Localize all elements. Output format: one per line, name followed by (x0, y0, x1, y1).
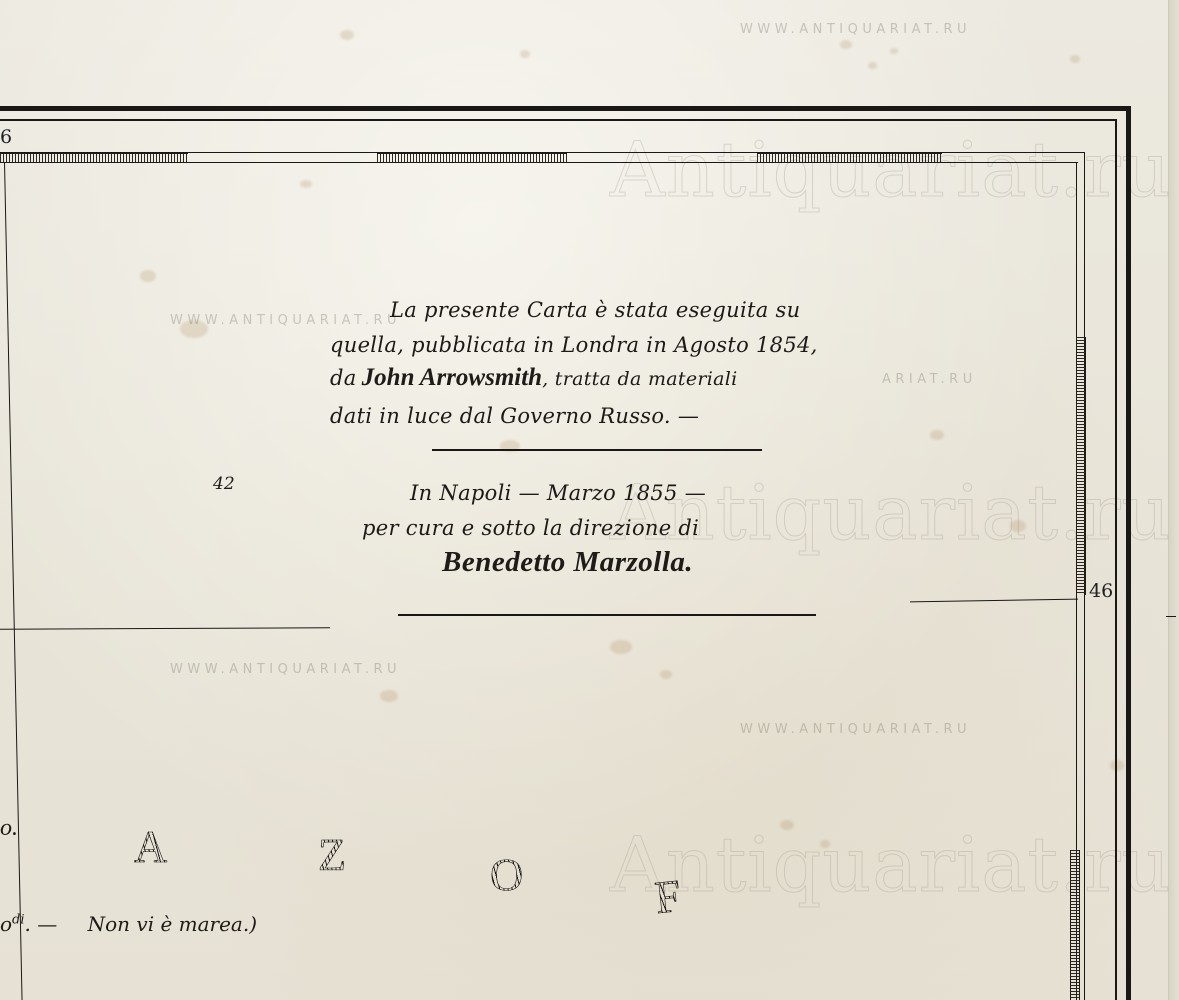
tide-note-dash: . — (25, 912, 58, 936)
title-line-3: da John Arrowsmith, tratta da materiali (330, 364, 738, 392)
sea-letter: A (134, 820, 167, 873)
title-divider (432, 449, 762, 451)
direction-line: per cura e sotto la direzione di (362, 516, 699, 540)
title-line-2: quella, pubblicata in Londra in Agosto 1… (330, 333, 818, 357)
title-line-3-prefix: da (330, 366, 357, 390)
tide-note: odi. — Non vi è marea.) (0, 912, 257, 936)
title-line-3-suffix: , tratta da materiali (542, 368, 737, 390)
frame-outer-right (1126, 108, 1131, 1000)
tide-note-superscript: di (12, 912, 24, 927)
watermark-text: ARIAT.RU (882, 372, 977, 387)
sea-letter: O (490, 848, 523, 901)
watermark-logo: Antiquariat.ru (610, 820, 1172, 909)
author-name: Benedetto Marzolla. (442, 546, 693, 579)
title-line-4: dati in luce dal Governo Russo. — (330, 404, 699, 428)
frame-outer-top (0, 106, 1131, 111)
degree-label-42: 42 (213, 474, 235, 494)
place-date: In Napoli — Marzo 1855 — (410, 481, 706, 505)
watermark-text: WWW.ANTIQUARIAT.RU (170, 313, 401, 328)
watermark-logo: Antiquariat.ru (610, 125, 1172, 214)
tide-note-prefix: o (0, 912, 12, 936)
partial-label: o. (0, 815, 18, 842)
edge-tick (1166, 616, 1176, 617)
frame-inner-right (1115, 120, 1117, 1000)
latitude-scale-segment (0, 153, 188, 163)
longitude-scale-segment (1070, 850, 1080, 1000)
title-bottom-rule (398, 614, 816, 616)
watermark-text: WWW.ANTIQUARIAT.RU (170, 662, 401, 677)
latitude-scale-segment (757, 153, 942, 163)
longitude-scale-segment (1076, 337, 1086, 595)
frame-inner-top (0, 119, 1117, 121)
watermark-text: WWW.ANTIQUARIAT.RU (740, 22, 971, 37)
watermark-text: WWW.ANTIQUARIAT.RU (740, 722, 971, 737)
latitude-scale-segment (377, 153, 567, 163)
sea-letter: Z (318, 828, 346, 881)
degree-label-46: 46 (1089, 580, 1113, 602)
cartographer-name: John Arrowsmith (362, 364, 542, 391)
sea-letter: F (652, 869, 683, 924)
degree-label-top: 6 (0, 126, 12, 148)
tide-note-text: Non vi è marea.) (88, 912, 257, 936)
title-line-1: La presente Carta è stata eseguita su (390, 298, 800, 322)
